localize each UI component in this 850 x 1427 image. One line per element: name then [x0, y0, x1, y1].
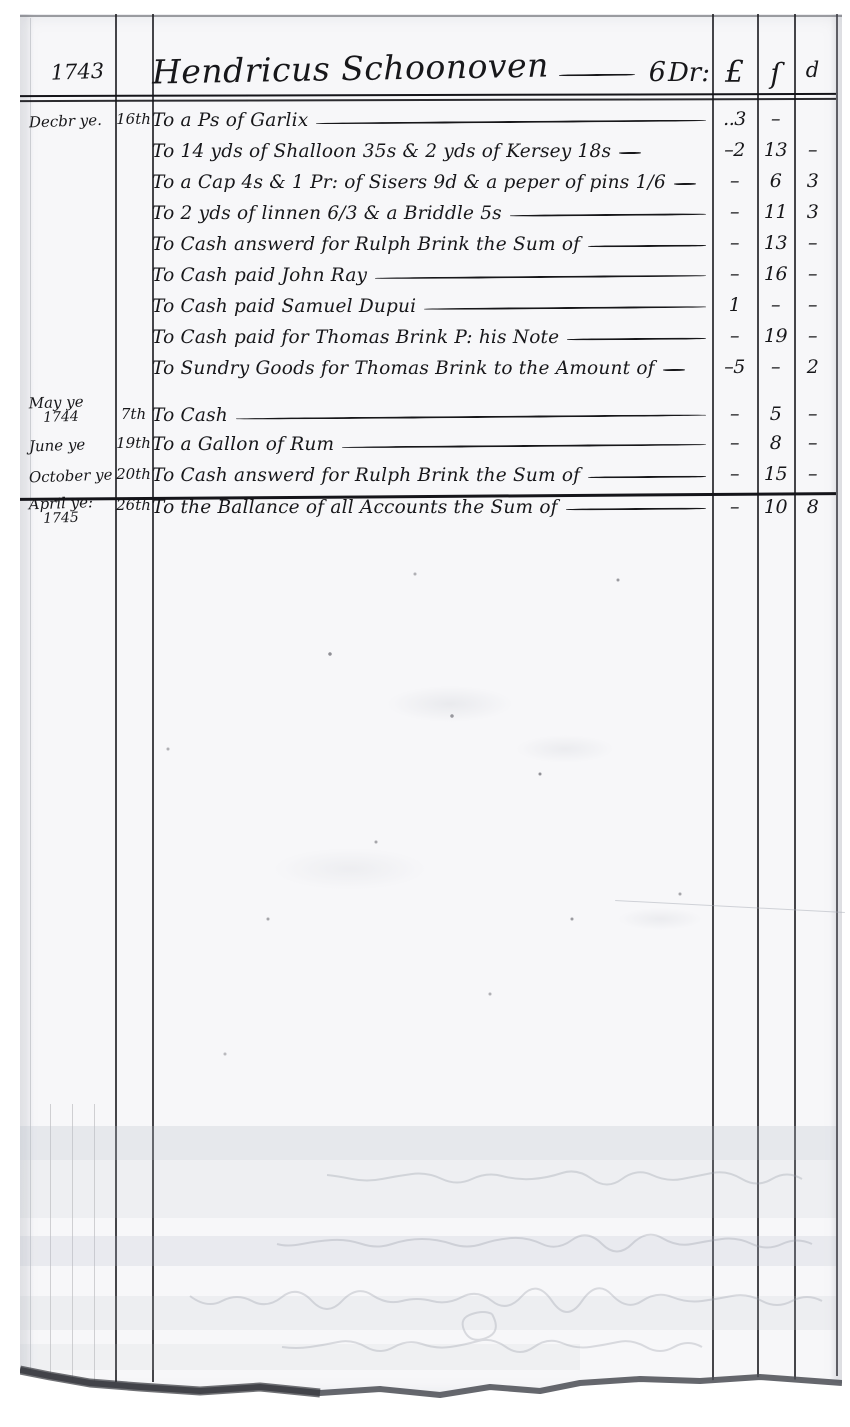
entry-day: 20th	[115, 465, 152, 488]
shillings-value: 10	[757, 496, 794, 521]
pence-value: –	[794, 232, 831, 257]
pounds-value: 1	[712, 294, 757, 319]
pence-value: 3	[794, 201, 831, 226]
shillings-value: 11	[757, 201, 794, 226]
pounds-value: –	[712, 325, 757, 350]
entry-day: 16th	[115, 110, 152, 133]
pounds-column-header: £	[712, 55, 757, 102]
pounds-value: –	[712, 263, 757, 288]
ruled-dash	[567, 337, 706, 340]
bleedthrough-script	[20, 1109, 842, 1389]
entry-description: To 14 yds of Shalloon 35s & 2 yds of Ker…	[152, 142, 712, 164]
ledger-row: Decbr ye. 16th To a Ps of Garlix ..3 –	[25, 102, 831, 133]
shillings-value: 8	[757, 432, 794, 457]
shillings-value: 13	[757, 139, 794, 164]
ruled-dash	[316, 119, 706, 124]
entry-description: To a Gallon of Rum	[152, 435, 712, 457]
entry-day: 19th	[115, 434, 152, 457]
entry-description: To Sundry Goods for Thomas Brink to the …	[152, 359, 712, 381]
entry-day: 7th	[115, 405, 152, 428]
pence-column-header: d	[794, 58, 831, 102]
torn-bottom-edge	[20, 1352, 842, 1410]
entry-date: Decbr ye.	[25, 112, 116, 134]
pence-value	[794, 130, 831, 133]
shillings-value: 16	[757, 263, 794, 288]
balance-description: To the Ballance of all Accounts the Sum …	[152, 496, 712, 520]
ruled-dash	[588, 245, 706, 248]
entry-description: To Cash	[152, 406, 712, 428]
paper-crease	[615, 900, 845, 913]
ruled-dash	[375, 275, 706, 280]
entry-description: To Cash answerd for Rulph Brink the Sum …	[152, 466, 712, 488]
ledger-header: 1743 Hendricus Schoonoven 6 Dr: £ ſ d	[25, 14, 831, 102]
pounds-value: –	[712, 432, 757, 457]
ledger-row: To Cash paid for Thomas Brink P: his Not…	[25, 319, 831, 350]
shillings-value: 6	[757, 170, 794, 195]
pounds-value: –	[712, 403, 757, 428]
entry-description: To 2 yds of linnen 6/3 & a Briddle 5s	[152, 204, 712, 226]
scanned-ledger-page: { "page": { "year": "1743", "title": "He…	[0, 0, 850, 1427]
pence-value: –	[794, 263, 831, 288]
account-title-line: Hendricus Schoonoven 6 Dr:	[152, 49, 712, 102]
ruled-dash	[236, 414, 706, 420]
entry-description: To a Cap 4s & 1 Pr: of Sisers 9d & a pep…	[152, 173, 712, 195]
ledger-row: To Cash answerd for Rulph Brink the Sum …	[25, 226, 831, 257]
debit-label: Dr:	[668, 58, 712, 88]
ledger-row: June ye 19th To a Gallon of Rum – 8 –	[25, 426, 831, 457]
pence-value: –	[794, 294, 831, 319]
entry-date: June ye	[25, 436, 116, 458]
year-label: 1743	[24, 58, 115, 103]
pence-value: –	[794, 139, 831, 164]
ledger-row: To Cash paid Samuel Dupui 1 – –	[25, 288, 831, 319]
pounds-value: –	[712, 201, 757, 226]
folio-number: 6	[643, 57, 668, 88]
pence-value: –	[794, 463, 831, 488]
flourish-rule	[559, 74, 635, 77]
pounds-value: –	[712, 496, 757, 521]
ledger-row: To 2 yds of linnen 6/3 & a Briddle 5s – …	[25, 195, 831, 226]
ruled-dash	[510, 213, 706, 217]
entry-description: To Cash paid for Thomas Brink P: his Not…	[152, 328, 712, 350]
pounds-value: –5	[712, 356, 757, 381]
pounds-value: –	[712, 170, 757, 195]
ledger-row: October ye 20th To Cash answerd for Rulp…	[25, 457, 831, 488]
shillings-column-header: ſ	[757, 57, 794, 102]
entry-date: October ye	[25, 467, 116, 489]
pence-value: –	[794, 432, 831, 457]
ledger-row: To Sundry Goods for Thomas Brink to the …	[25, 350, 831, 381]
ruled-dash	[424, 306, 706, 310]
pence-value: 2	[794, 356, 831, 381]
entry-description: To Cash paid John Ray	[152, 266, 712, 288]
ledger-paper-sheet: 1743 Hendricus Schoonoven 6 Dr: £ ſ d De…	[20, 14, 842, 1396]
entry-date: May ye1744	[24, 393, 115, 429]
shillings-value: 13	[757, 232, 794, 257]
shillings-value: –	[757, 108, 794, 133]
ruled-dash	[663, 369, 685, 371]
entry-day: 26th	[115, 496, 152, 519]
shillings-value: –	[757, 294, 794, 319]
ledger-row: To 14 yds of Shalloon 35s & 2 yds of Ker…	[25, 133, 831, 164]
pence-value: 3	[794, 170, 831, 195]
shillings-value: 5	[757, 403, 794, 428]
pence-value: –	[794, 403, 831, 428]
pounds-value: –2	[712, 139, 757, 164]
entry-description: To Cash paid Samuel Dupui	[152, 297, 712, 319]
shillings-value: 19	[757, 325, 794, 350]
ruled-dash	[619, 152, 641, 154]
account-holder-name: Hendricus Schoonoven	[152, 46, 549, 92]
ruled-dash	[674, 183, 696, 185]
balance-row: April ye:1745 26th To the Ballance of al…	[25, 488, 831, 550]
shillings-value: –	[757, 356, 794, 381]
pence-value: –	[794, 325, 831, 350]
entry-date: April ye:1745	[24, 494, 115, 530]
pounds-value: ..3	[712, 108, 757, 133]
ruled-dash	[588, 476, 706, 479]
pounds-value: –	[712, 232, 757, 257]
entry-description: To Cash answerd for Rulph Brink the Sum …	[152, 235, 712, 257]
ledger-row: To Cash paid John Ray – 16 –	[25, 257, 831, 288]
pence-value: 8	[794, 496, 831, 521]
ruled-dash	[342, 444, 706, 449]
ledger-row: May ye1744 7th To Cash – 5 –	[25, 395, 831, 426]
ledger-row: To a Cap 4s & 1 Pr: of Sisers 9d & a pep…	[25, 164, 831, 195]
pounds-value: –	[712, 463, 757, 488]
ruled-dash	[566, 508, 706, 511]
ledger-table: 1743 Hendricus Schoonoven 6 Dr: £ ſ d De…	[25, 14, 831, 550]
shillings-value: 15	[757, 463, 794, 488]
entry-description: To a Ps of Garlix	[152, 111, 712, 133]
